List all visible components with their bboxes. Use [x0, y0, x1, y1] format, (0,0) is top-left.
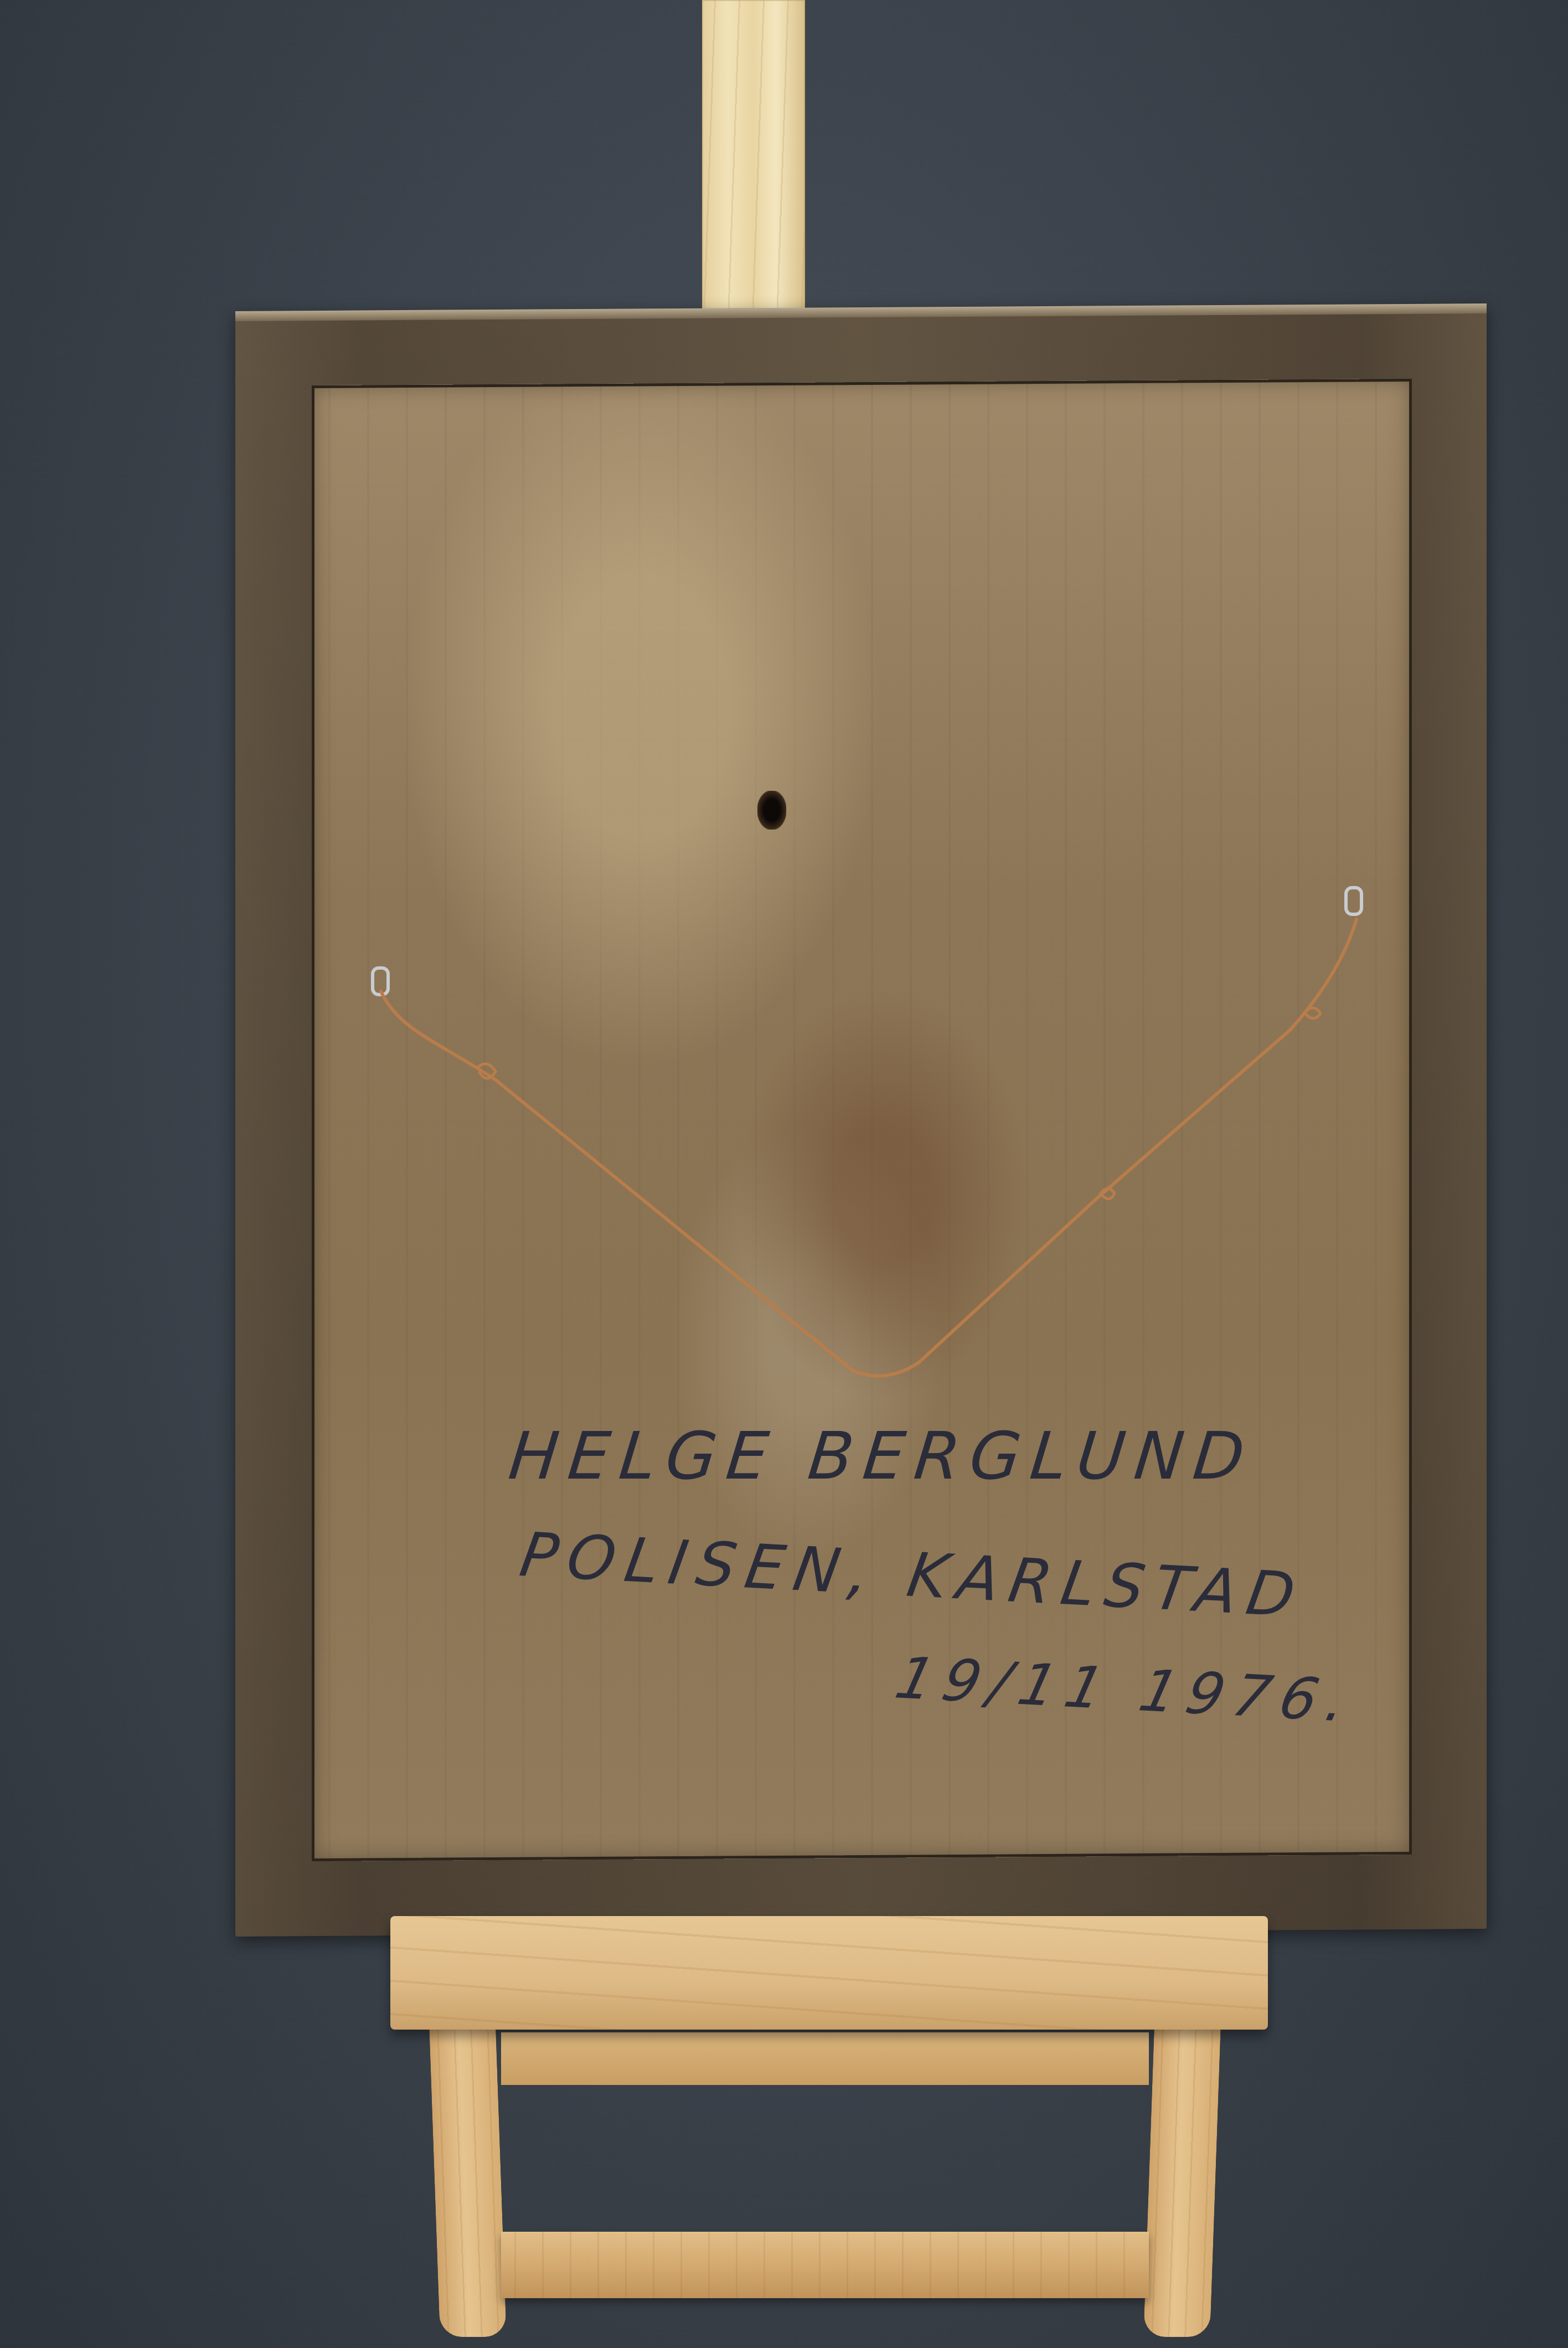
easel-lower-bar	[501, 2232, 1149, 2298]
easel-left-leg	[429, 2027, 507, 2337]
inscription-date: 19/11 1976.	[890, 1644, 1363, 1735]
easel-base	[382, 1905, 1273, 2342]
handwritten-inscription: HELGE BERGLUND POLISEN, KARLSTAD 19/11 1…	[498, 1396, 1329, 1739]
inscription-name: HELGE BERGLUND	[506, 1418, 1258, 1494]
easel-right-leg	[1143, 2027, 1221, 2337]
easel-ledge	[390, 1916, 1268, 2030]
easel-rear-bar	[501, 2032, 1149, 2085]
inscription-location: POLISEN, KARLSTAD	[515, 1519, 1309, 1630]
